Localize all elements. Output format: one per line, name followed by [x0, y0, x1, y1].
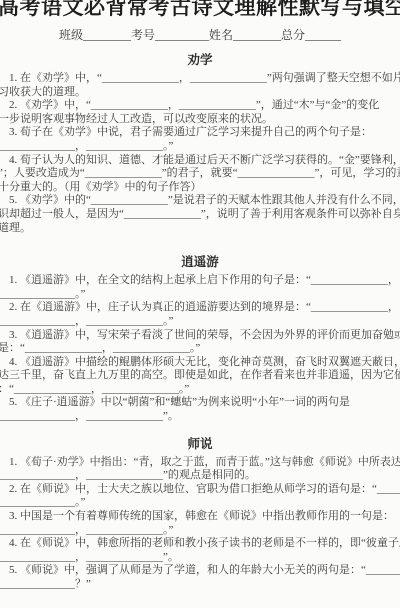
section-lines: 1. 《逍遥游》中，在全文的结构上起承上启下作用的句子是：“__________… [0, 274, 400, 424]
continuation-line: ______________，______________”的观点是相同的。 [0, 469, 400, 483]
question-line: 2. 《劝学》中，“______________，______________”… [0, 99, 400, 113]
continuation-line: 道理。 [0, 222, 400, 236]
question-line: 2. 在《师说》中，士大夫之族以地位、官职为借口拒绝从师学习的语句是：“____… [0, 483, 400, 497]
question-line: 4. 《逍遥游》中描绘的鲲鹏体形硕大无比，变化神奇莫测，奋飞时双翼遮天蔽日，激起… [0, 356, 400, 370]
student-info-row: 班级________考号_________姓名________总分______ [0, 26, 400, 43]
question-line: 5. 《劝学》中的“______________”是说君子的天赋本性跟其他人并没… [0, 194, 400, 208]
continuation-line: 习收获大的道理。 [0, 86, 400, 100]
section: 师说 1. 《荀子·劝学》中指出：“青，取之于蓝，而青于蓝。”这与韩愈《师说》中… [0, 437, 400, 592]
question-line: 3. 荀子在《劝学》中说，君子需要通过广泛学习来提升自己的两个句子是： [0, 126, 400, 140]
total-score-blank: ______ [305, 28, 341, 42]
question-line: 5. 《师说》中，强调了从师是为了学道，和人的年龄大小无关的两句是：“_____… [0, 564, 400, 578]
continuation-line: ______________？” [0, 578, 400, 592]
continuation-line: ______________，______________。” [0, 524, 400, 538]
section-heading: 逍遥游 [0, 255, 400, 269]
page-title: 高考语文必背常考古诗文理解性默写与填空 [0, 0, 400, 20]
section-heading: 劝学 [0, 53, 400, 67]
question-line: 1. 《逍遥游》中，在全文的结构上起承上启下作用的句子是：“__________… [0, 274, 400, 288]
class-label: 班级 [59, 28, 83, 42]
continuation-line: ：“______________，______________。” [0, 383, 400, 397]
class-blank: ________ [83, 28, 131, 42]
section: 逍遥游 1. 《逍遥游》中，在全文的结构上起承上启下作用的句子是：“______… [0, 255, 400, 424]
continuation-line: ______________，______________。” [0, 315, 400, 329]
sections: 劝学 1. 在《劝学》中，“______________，___________… [0, 53, 400, 592]
continuation-line: ______________，______________”。 [0, 551, 400, 565]
question-line: 4. 在《师说》中，韩愈所指的老师和教小孩子读书的老师是不一样的，即“彼童子之师… [0, 537, 400, 551]
question-line: 1. 《荀子·劝学》中指出：“青，取之于蓝，而青于蓝。”这与韩愈《师说》中所表达… [0, 456, 400, 470]
continuation-line: 一步说明客观事物经过人工改造，可以改变原来的状况。 [0, 113, 400, 127]
question-line: 5. 《庄子·逍遥游》中以“朝菌”和“蟪蛄”为例来说明“小年”一词的两句是 [0, 396, 400, 410]
total-score-label: 总分 [281, 28, 305, 42]
name-blank: ________ [233, 28, 281, 42]
continuation-line: ______________，______________”。 [0, 410, 400, 424]
name-label: 姓名 [209, 28, 233, 42]
exam-number-label: 考号 [131, 28, 155, 42]
section-lines: 1. 在《劝学》中，“______________，______________… [0, 72, 400, 235]
worksheet-document: 高考语文必背常考古诗文理解性默写与填空 班级________考号________… [0, 0, 400, 592]
question-line: 1. 在《劝学》中，“______________，______________… [0, 72, 400, 86]
continuation-line: 达三千里，奋飞直上九万里的高空。即使是如此，在作者看来也并非逍遥，因为它依然有所… [0, 369, 400, 383]
question-line: 3. 中国是一个有着尊师传统的国家，韩愈在《师说》中指出教师作用的一句是： [0, 510, 400, 524]
question-line: 3. 《逍遥游》中，写宋荣子看淡了世间的荣辱，不会因为外界的评价而更加奋勉或沮丧… [0, 329, 400, 343]
question-line: 2. 在《逍遥游》中，庄子认为真正的逍遥游要达到的境界是：“__________… [0, 301, 400, 315]
continuation-line: ______________。” [0, 496, 400, 510]
continuation-line: ”；人要改造成为“______________”的君子，就要“_________… [0, 167, 400, 181]
continuation-line: 识却超过一般人，是因为“______________”，说明了善于利用客观条件可… [0, 208, 400, 222]
continuation-line: ______________，______________。” [0, 140, 400, 154]
section-lines: 1. 《荀子·劝学》中指出：“青，取之于蓝，而青于蓝。”这与韩愈《师说》中所表达… [0, 456, 400, 592]
exam-number-blank: _________ [155, 28, 209, 42]
section-heading: 师说 [0, 437, 400, 451]
continuation-line: ______________。” [0, 288, 400, 302]
section: 劝学 1. 在《劝学》中，“______________，___________… [0, 53, 400, 235]
question-line: 4. 荀子认为人的知识、道德、才能是通过后天不断广泛学习获得的。“金”要锋利，需 [0, 154, 400, 168]
continuation-line: 十分重大的。（用《劝学》中的句子作答） [0, 181, 400, 195]
continuation-line: 是：“______________，______________。” [0, 342, 400, 356]
